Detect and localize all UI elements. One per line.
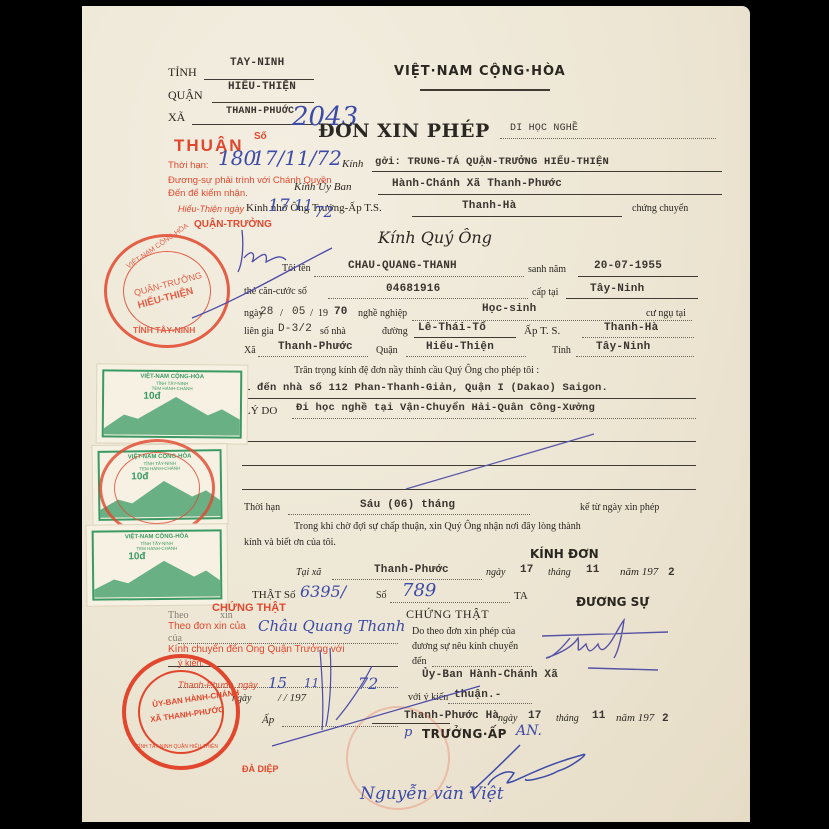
- country-heading: VIỆT·NAM CỘNG·HÒA: [394, 64, 566, 79]
- truong-ap-hand: AN.: [516, 723, 542, 739]
- so-label: Số: [376, 590, 387, 601]
- quan-addr-line: [406, 356, 526, 357]
- nho-suffix: chứng chuyển: [632, 203, 688, 214]
- quan-truong-signature: [172, 228, 342, 328]
- closing-line-1: Trong khi chờ đợi sự chấp thuận, xin Quý…: [294, 521, 581, 532]
- approval-year-hand: 72: [314, 203, 333, 221]
- revenue-stamp-1: VIỆT-NAM CỘNG-HÒA TỈNH TÂY-NINH TEM HÀNH…: [96, 363, 249, 444]
- thang-value: 11: [586, 564, 600, 576]
- nam-label: năm 197: [620, 566, 658, 578]
- that-so-value: 6395/: [300, 582, 346, 601]
- kinh-don-heading: KÍNH ĐƠN: [530, 547, 599, 561]
- duration-value: Sáu (06) tháng: [360, 499, 455, 511]
- approval-line-2: Đương-sự phải trình với Chánh Quyền: [168, 175, 332, 186]
- xa-label: XÃ: [168, 110, 185, 125]
- id-value: 04681916: [386, 283, 440, 295]
- uyban-value: Hành-Chánh Xã Thanh-Phước: [392, 178, 562, 190]
- ngay-label: ngày: [486, 567, 505, 578]
- left-applicant-hand: Châu Quang Thanh: [258, 617, 405, 635]
- request-line-1: [242, 398, 696, 399]
- so-line: [390, 602, 510, 603]
- approval-date-hand: 17/11/72: [252, 146, 342, 170]
- ngay-value: 17: [520, 564, 534, 576]
- xa-addr-label: Xã: [244, 345, 256, 356]
- xa-addr-line: [258, 356, 368, 357]
- duong-line: [414, 337, 516, 338]
- mountain-icon: [104, 394, 240, 435]
- duration-line: [288, 514, 530, 515]
- signer-name: Nguyễn văn Việt: [360, 784, 504, 804]
- duong-su-heading: ĐƯƠNG SỰ: [576, 595, 649, 609]
- village-seal-bottom: TỈNH TÂY-NINH QUẬN HIẾU-THIỆN: [136, 744, 218, 750]
- approval-line-4: Hiếu-Thiện ngày: [178, 204, 244, 214]
- ap-value: Thanh-Hà: [604, 322, 658, 334]
- title-purpose-line: [500, 138, 716, 139]
- kinh-value: gởi: TRUNG-TÁ QUẬN-TRƯỞNG HIẾU-THIỆN: [375, 156, 609, 168]
- thang-label: tháng: [548, 567, 571, 578]
- document-page: TỈNH TAY-NINH QUẬN HIẾU-THIỆN XÃ THANH-P…: [82, 6, 750, 822]
- tinh-addr-label: Tỉnh: [552, 345, 571, 356]
- cert-nam-value: 2: [662, 713, 669, 725]
- reason-line: [292, 418, 696, 419]
- revenue-stamp-2: VIỆT-NAM CỘNG-HÒA TỈNH TÂY-NINH TEM HÀNH…: [91, 443, 228, 527]
- uyban-line: [378, 194, 722, 195]
- title-purpose: DI HỌC NGHỀ: [510, 123, 578, 134]
- reason-label: LÝ DO: [244, 405, 277, 417]
- approval-month-hand: 11: [294, 196, 313, 214]
- thoi-han-value: 180: [218, 146, 256, 170]
- birth-value: 20-07-1955: [594, 260, 662, 272]
- job-line: [412, 320, 692, 321]
- cert-thang-label: tháng: [556, 713, 579, 724]
- page-title: ĐƠN XIN PHÉP: [318, 120, 490, 142]
- cert-ngay-value: 17: [528, 710, 542, 722]
- heading-underline: [420, 89, 550, 91]
- revenue-stamp-3: VIỆT-NAM CỘNG-HÒA TỈNH TÂY-NINH TEM HÀNH…: [86, 523, 229, 606]
- name-value: CHAU-QUANG-THANH: [348, 260, 457, 272]
- tinh-addr-line: [576, 356, 694, 357]
- duong-label: đường: [382, 326, 408, 337]
- reason-value: Đi học nghề tại Vận-Chuyển Hải-Quân Công…: [296, 402, 595, 414]
- kinh-line: [372, 171, 722, 172]
- duong-value: Lê-Thái-Tổ: [418, 322, 486, 334]
- red-cert-line-1: Theo đơn xin của: [168, 621, 246, 632]
- so-value: 789: [402, 580, 436, 601]
- mountain-icon: [94, 556, 220, 597]
- xa-addr-value: Thanh-Phước: [278, 341, 353, 353]
- strike-out-line: [402, 431, 602, 491]
- birth-line: [578, 276, 698, 277]
- tinh-label: TỈNH: [168, 65, 197, 80]
- chung-that-heading: CHỨNG THẬT: [406, 607, 489, 622]
- left-theo-label: Theo: [168, 610, 189, 621]
- birth-label: sanh năm: [528, 264, 566, 275]
- request-value: i đến nhà số 112 Phan-Thanh-Giản, Quận I…: [244, 382, 608, 394]
- issued-label: cấp tại: [532, 287, 558, 298]
- tai-xa-label: Tại xã: [296, 567, 321, 578]
- quan-value: HIẾU-THIỆN: [228, 81, 296, 93]
- tinh-addr-value: Tây-Ninh: [596, 341, 650, 353]
- kinh-label: Kính: [342, 158, 363, 170]
- that-so-label: THẬT Số: [252, 589, 296, 601]
- salutation: Kính Quý Ông: [378, 228, 492, 247]
- tai-xa-value: Thanh-Phước: [374, 564, 449, 576]
- village-seal: ỦY-BAN HÀNH-CHÁNH XÃ THANH-PHƯỚC TỈNH TÂ…: [122, 654, 240, 770]
- closing-line-2: kính và biết ơn của tôi.: [244, 537, 336, 548]
- applicant-signature: [538, 618, 708, 678]
- cert-body-1: Do theo đơn xin phép của: [412, 626, 515, 637]
- duration-suffix: kể từ ngày xin phép: [580, 502, 659, 513]
- nam-value: 2: [668, 567, 675, 579]
- job-value: Học-sinh: [482, 303, 536, 315]
- approval-day-hand: 17: [268, 196, 290, 216]
- tinh-line: [204, 79, 314, 80]
- request-intro: Trân trọng kính đệ đơn nầy thỉnh cầu Quý…: [294, 365, 539, 376]
- cert-ngay-label: ngày: [498, 713, 517, 724]
- issued-value: Tây-Ninh: [590, 283, 644, 295]
- cert-thang-value: 11: [592, 710, 606, 722]
- ta-label: TA: [514, 590, 528, 602]
- residence-label: cư ngụ tại: [646, 308, 686, 319]
- approval-line-3: Đến để kiểm nhận.: [168, 188, 248, 199]
- red-cert-signer: ĐÀ DIỆP: [242, 764, 279, 774]
- job-label: nghề nghiệp: [358, 308, 407, 319]
- id-line: [328, 298, 528, 299]
- quan-addr-label: Quận: [376, 345, 398, 356]
- nho-line: [412, 216, 622, 217]
- ap-line: [582, 337, 694, 338]
- xa-value: THANH-PHUỚC: [226, 106, 294, 117]
- red-cert-title: CHỨNG THẬT: [212, 602, 286, 614]
- duration-label: Thời hạn: [244, 502, 280, 513]
- cert-nam-label: năm 197: [616, 712, 654, 724]
- thoi-han-label: Thời hạn:: [168, 160, 209, 171]
- ap-label: Ấp T. S.: [524, 325, 560, 337]
- name-line: [314, 276, 524, 277]
- left-signature-strokes: [252, 646, 482, 756]
- nho-value: Thanh-Hà: [462, 200, 516, 212]
- quan-addr-value: Hiếu-Thiện: [426, 341, 494, 353]
- tinh-value: TAY-NINH: [230, 57, 284, 69]
- quan-label: QUẬN: [168, 88, 203, 103]
- issued-line: [566, 298, 698, 299]
- approval-so-label: Số: [254, 131, 267, 142]
